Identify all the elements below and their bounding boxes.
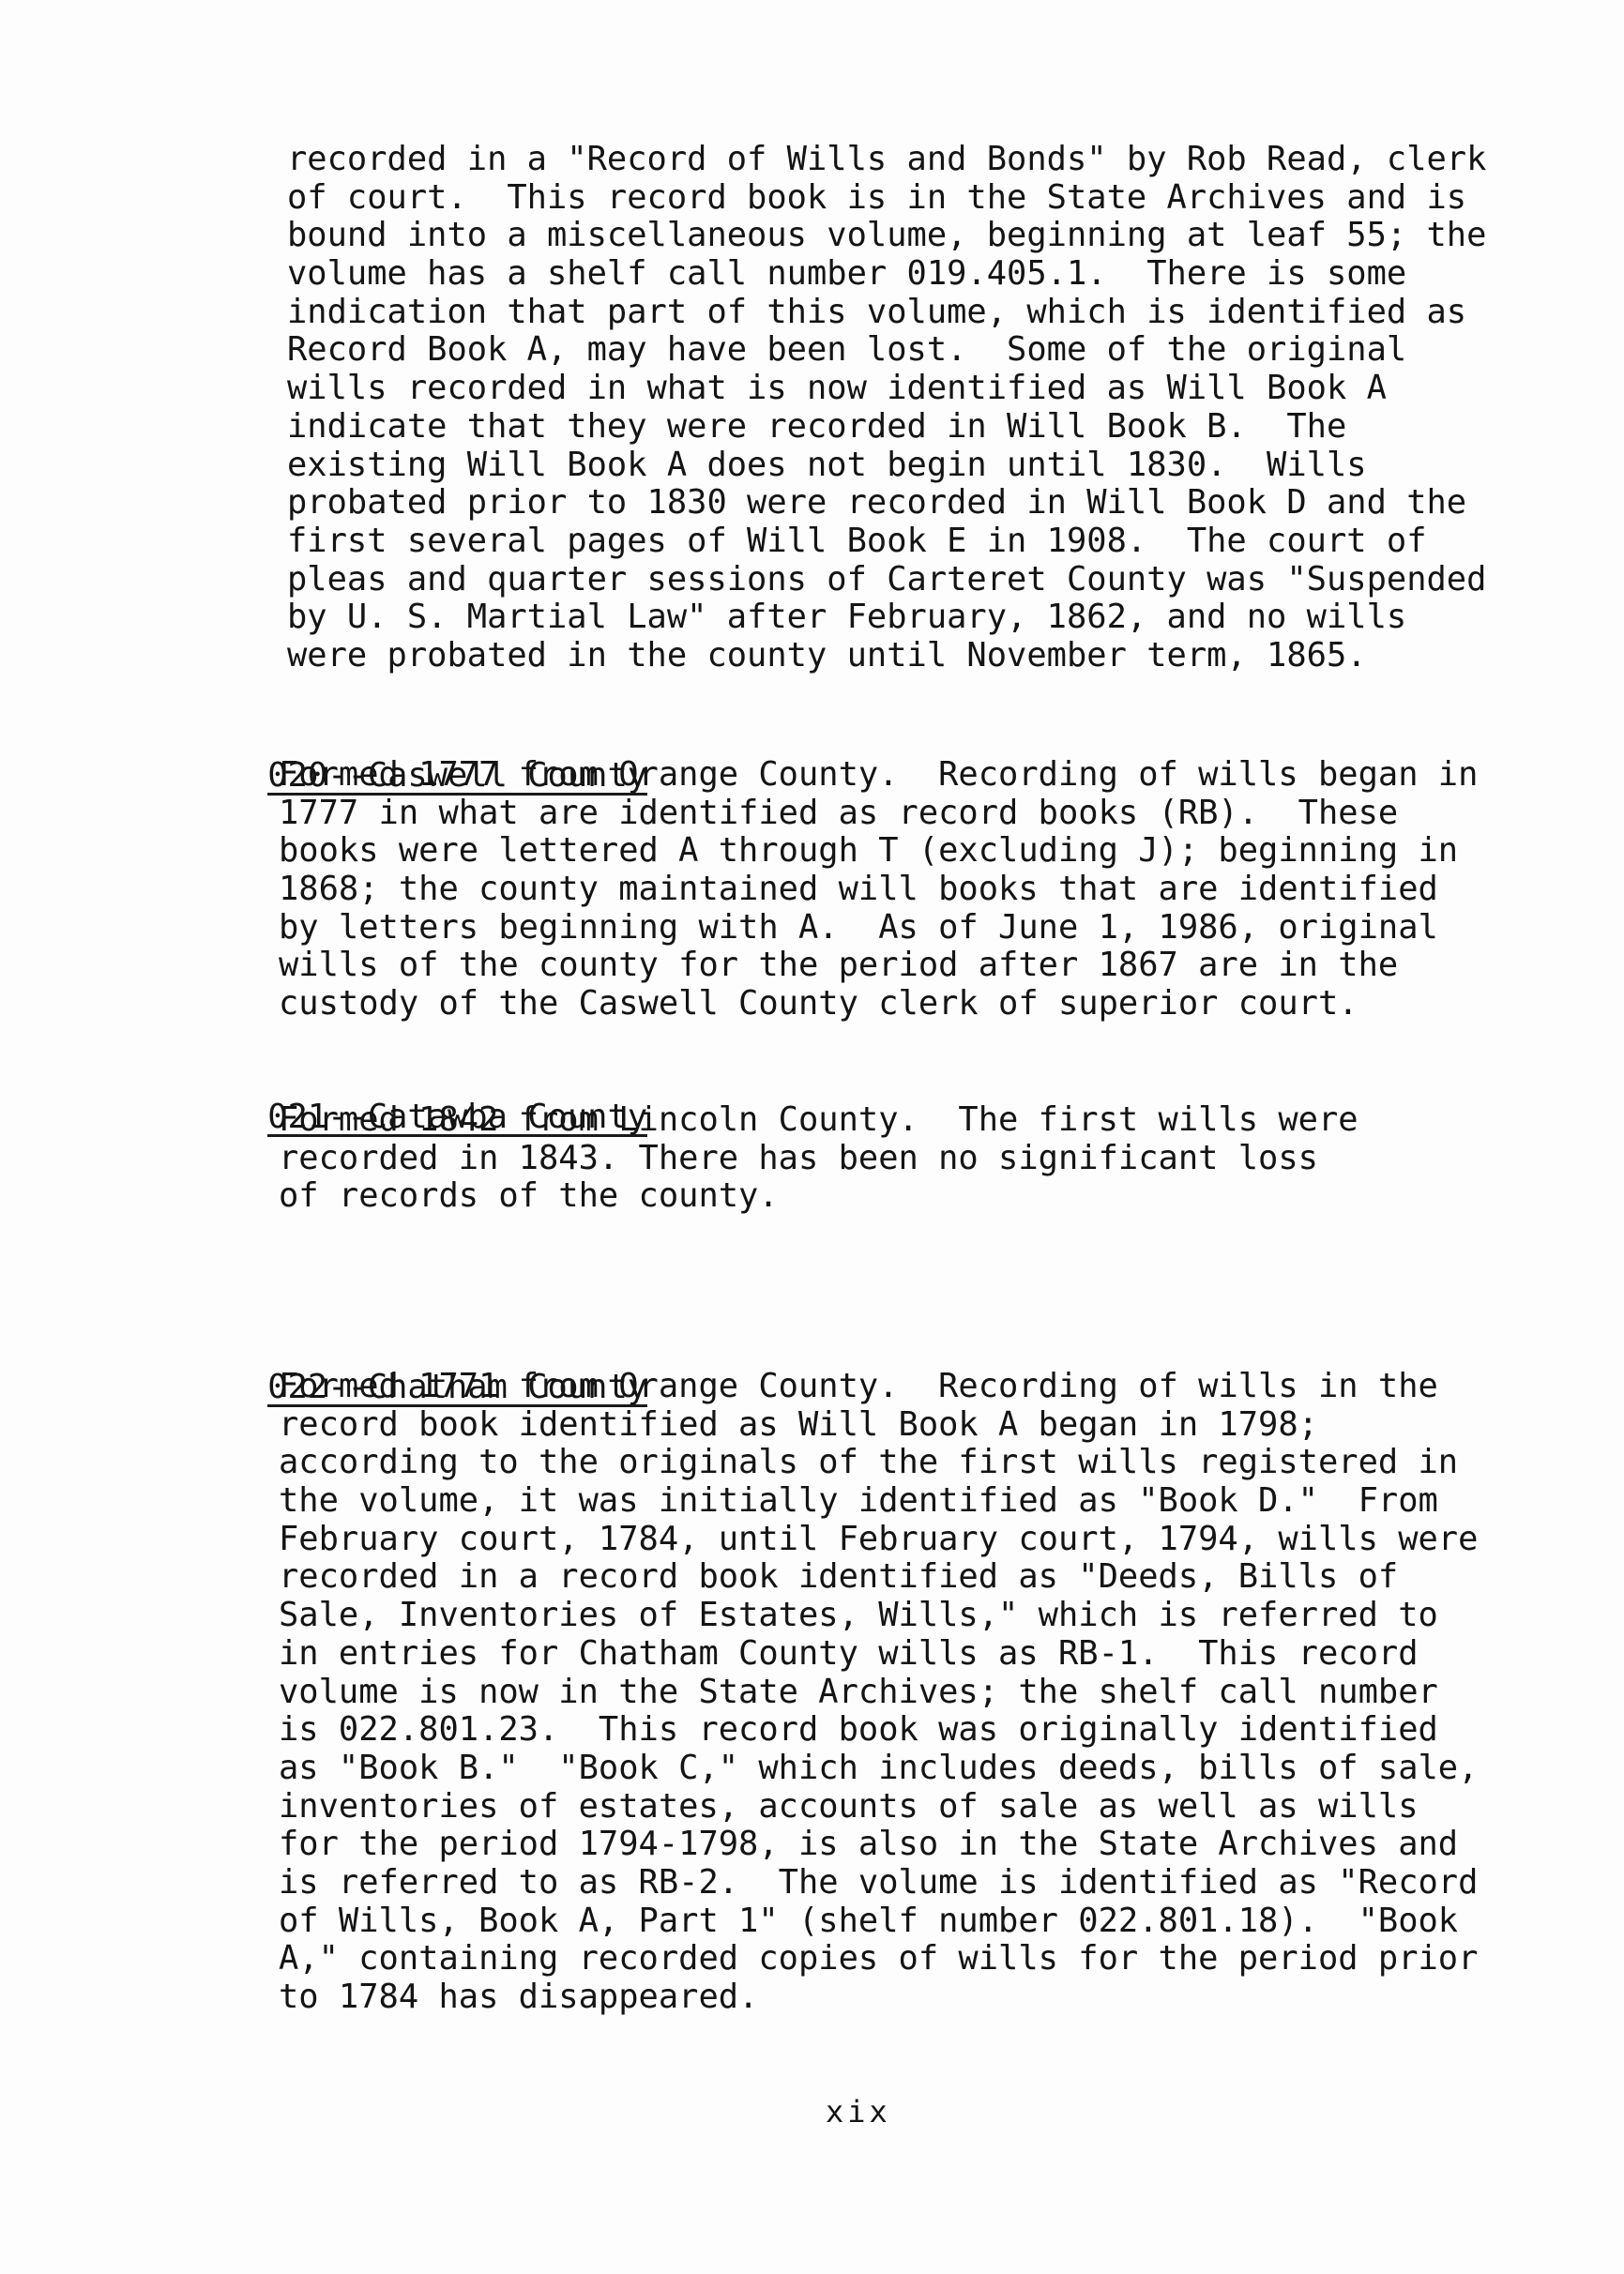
text-line: is 022.801.23. This record book was orig…	[279, 1711, 1478, 1750]
text-line: were probated in the county until Novemb…	[287, 637, 1486, 675]
document-page: recorded in a "Record of Wills and Bonds…	[0, 0, 1624, 2274]
text-line: bound into a miscellaneous volume, begin…	[287, 217, 1486, 255]
text-line: A," containing recorded copies of wills …	[279, 1940, 1478, 1978]
text-line: recorded in a "Record of Wills and Bonds…	[287, 141, 1486, 179]
section-body-chatham: Formed 1771 from Orange County. Recordin…	[279, 1368, 1478, 2017]
text-line: according to the originals of the first …	[279, 1444, 1478, 1482]
text-line: Formed 1842 from Lincoln County. The fir…	[279, 1101, 1358, 1140]
text-line: for the period 1794-1798, is also in the…	[279, 1826, 1478, 1864]
text-line: pleas and quarter sessions of Carteret C…	[287, 561, 1486, 599]
text-line: indicate that they were recorded in Will…	[287, 408, 1486, 447]
text-line: volume has a shelf call number 019.405.1…	[287, 255, 1486, 294]
text-line: Sale, Inventories of Estates, Wills," wh…	[279, 1597, 1478, 1635]
text-line: existing Will Book A does not begin unti…	[287, 447, 1486, 485]
text-line: the volume, it was initially identified …	[279, 1482, 1478, 1521]
text-line: by U. S. Martial Law" after February, 18…	[287, 599, 1486, 637]
text-line: record book identified as Will Book A be…	[279, 1406, 1478, 1445]
intro-paragraph: recorded in a "Record of Wills and Bonds…	[287, 141, 1486, 675]
text-line: books were lettered A through T (excludi…	[279, 832, 1478, 871]
text-line: 1868; the county maintained will books t…	[279, 871, 1478, 909]
text-line: indication that part of this volume, whi…	[287, 294, 1486, 332]
text-line: wills recorded in what is now identified…	[287, 370, 1486, 408]
text-line: wills of the county for the period after…	[279, 947, 1478, 985]
text-line: is referred to as RB-2. The volume is id…	[279, 1864, 1478, 1903]
text-line: Formed 1771 from Orange County. Recordin…	[279, 1368, 1478, 1406]
text-line: February court, 1784, until February cou…	[279, 1521, 1478, 1559]
text-line: by letters beginning with A. As of June …	[279, 909, 1478, 947]
page-number: xix	[826, 2094, 891, 2130]
text-line: of records of the county.	[279, 1177, 1358, 1216]
text-line: of court. This record book is in the Sta…	[287, 179, 1486, 218]
text-line: probated prior to 1830 were recorded in …	[287, 484, 1486, 523]
text-line: to 1784 has disappeared.	[279, 1978, 1478, 2017]
text-line: Record Book A, may have been lost. Some …	[287, 331, 1486, 370]
text-line: 1777 in what are identified as record bo…	[279, 795, 1478, 833]
text-line: in entries for Chatham County wills as R…	[279, 1635, 1478, 1674]
section-body-caswell: Formed 1777 from Orange County. Recordin…	[279, 756, 1478, 1023]
text-line: as "Book B." "Book C," which includes de…	[279, 1750, 1478, 1788]
text-line: inventories of estates, accounts of sale…	[279, 1788, 1478, 1827]
text-line: recorded in a record book identified as …	[279, 1558, 1478, 1597]
text-line: recorded in 1843. There has been no sign…	[279, 1140, 1358, 1178]
text-line: of Wills, Book A, Part 1" (shelf number …	[279, 1903, 1478, 1941]
text-line: first several pages of Will Book E in 19…	[287, 523, 1486, 561]
text-line: volume is now in the State Archives; the…	[279, 1674, 1478, 1712]
text-line: Formed 1777 from Orange County. Recordin…	[279, 756, 1478, 795]
section-body-catawba: Formed 1842 from Lincoln County. The fir…	[279, 1101, 1358, 1216]
text-line: custody of the Caswell County clerk of s…	[279, 985, 1478, 1023]
